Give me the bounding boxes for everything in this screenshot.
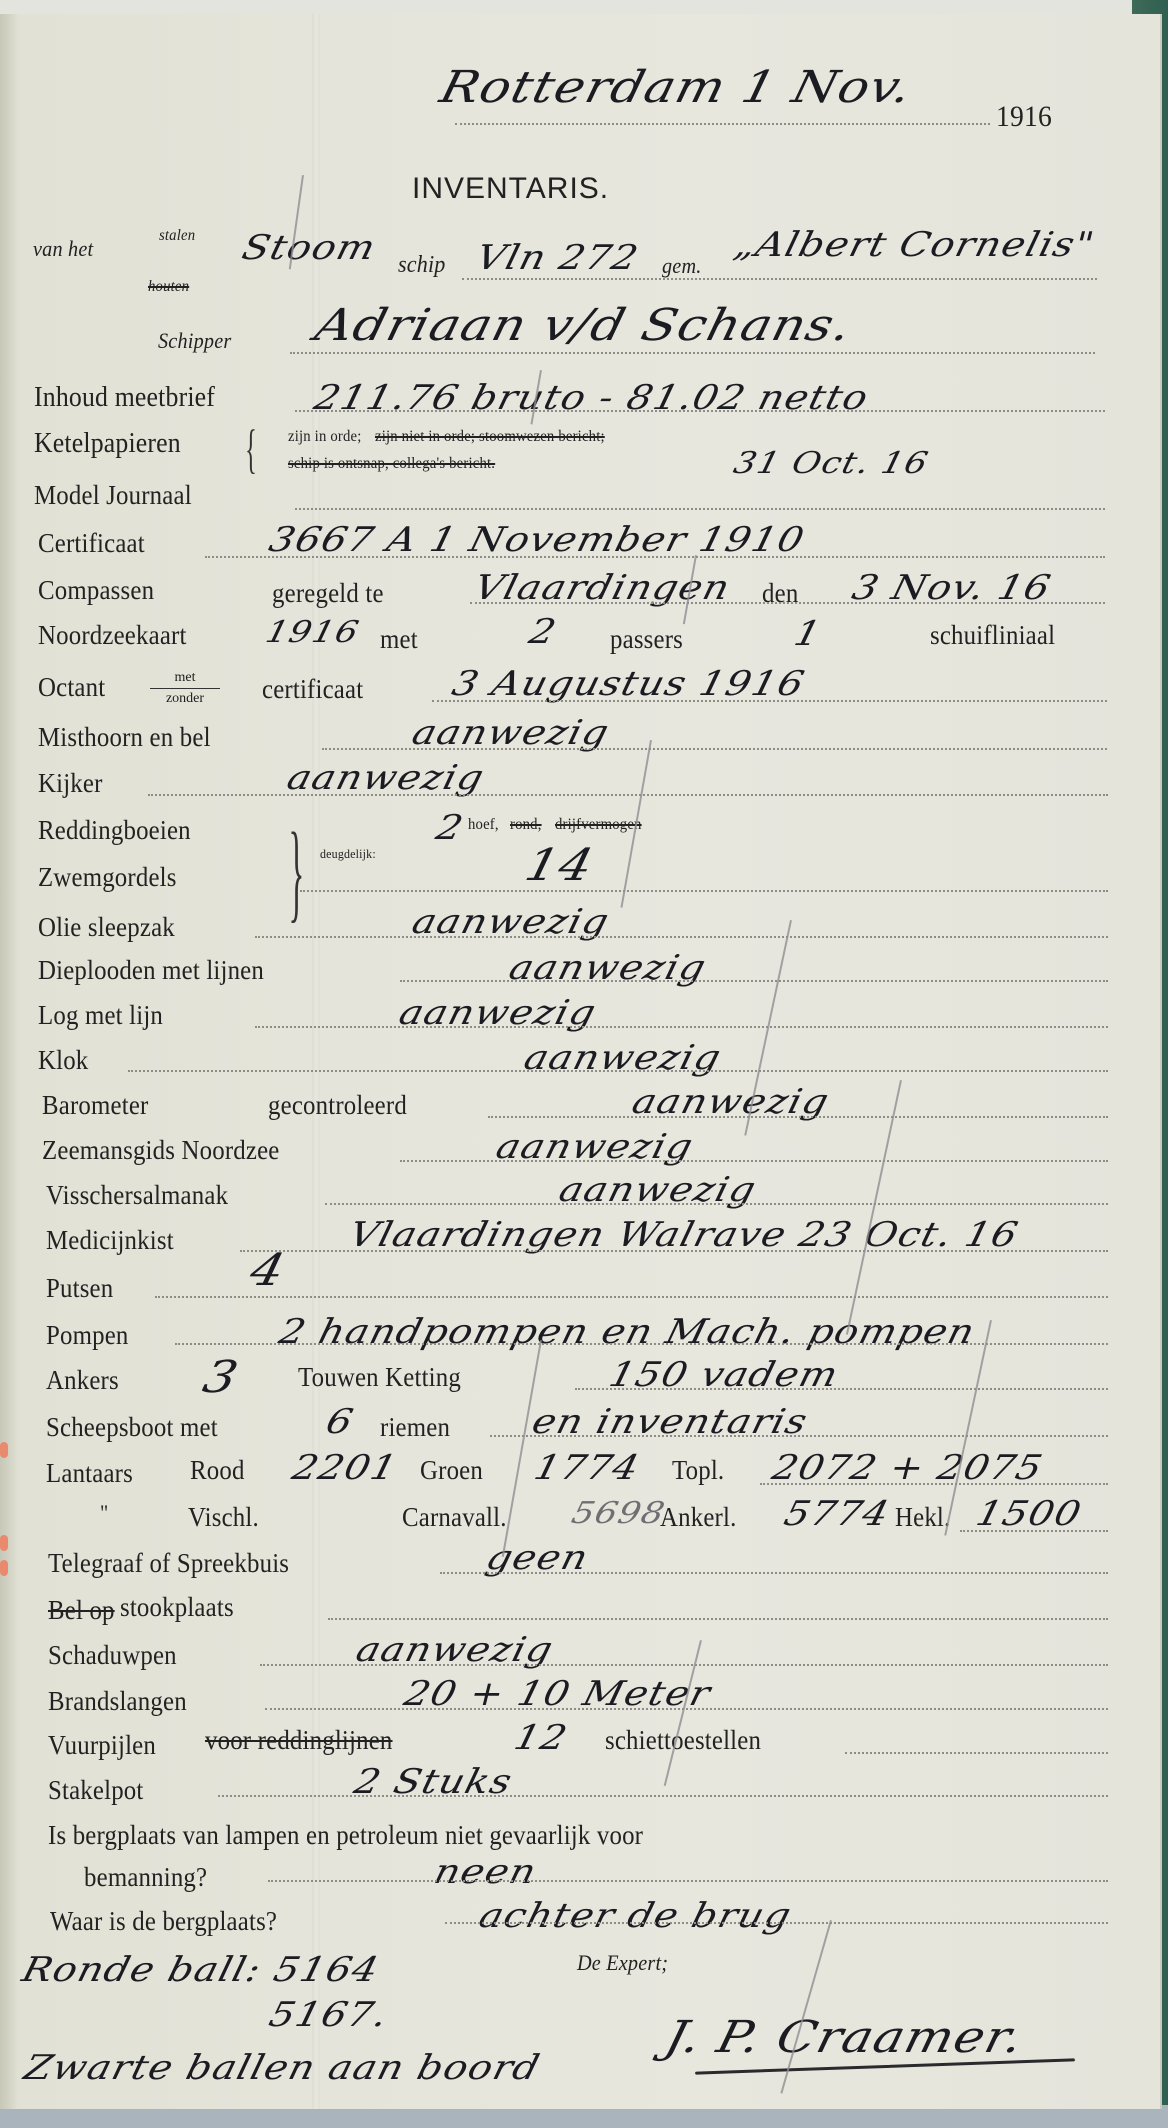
label-olie-sleepzak: Olie sleepzak <box>38 912 175 943</box>
label-schip: schip <box>398 252 446 279</box>
value-deugdelijk: 14 <box>520 840 599 891</box>
dotted-line <box>575 1388 1108 1390</box>
label-passers: passers <box>610 624 683 655</box>
skipper-name: Adriaan v/d Schans. <box>310 300 857 351</box>
dotted-line <box>322 748 1107 750</box>
label-waar-bergplaats: Waar is de bergplaats? <box>50 1906 277 1937</box>
label-van-het: van het <box>33 236 93 262</box>
value-misthoorn: aanwezig <box>408 713 614 753</box>
label-putsen: Putsen <box>46 1273 113 1304</box>
dotted-line <box>290 352 1095 354</box>
dotted-line <box>325 1203 1108 1205</box>
label-bergplaats-gevaarlijk: Is bergplaats van lampen en petroleum ni… <box>48 1820 643 1851</box>
option-niet-in-orde: zijn niet in orde; stoomwezen bericht; <box>375 428 605 446</box>
label-klok: Klok <box>38 1045 88 1076</box>
value-dieplooden: aanwezig <box>505 948 711 988</box>
year: 1916 <box>996 100 1052 134</box>
label-scheepsboot: Scheepsboot met <box>46 1412 218 1443</box>
dotted-line <box>760 1483 1108 1485</box>
label-zwemgordels: Zwemgordels <box>38 862 177 893</box>
red-mark <box>0 1535 8 1551</box>
label-schipper: Schipper <box>158 328 231 354</box>
label-bemanning: bemanning? <box>84 1862 207 1893</box>
value-pompen: 2 handpompen en Mach. pompen <box>275 1312 979 1352</box>
label-medicijnkist: Medicijnkist <box>46 1225 174 1256</box>
label-topl: Topl. <box>672 1455 724 1486</box>
label-schuifliniaal: schuifliniaal <box>930 620 1055 651</box>
ship-type: Stoom <box>238 228 380 268</box>
dotted-line <box>400 980 1108 982</box>
dotted-line <box>400 1160 1108 1162</box>
label-octant: Octant <box>38 672 105 703</box>
label-groen: Groen <box>420 1455 483 1486</box>
note-ronde-ballen: Ronde ball: 5164 <box>18 1950 383 1990</box>
label-schaduwpen: Schaduwpen <box>48 1640 177 1671</box>
dotted-line <box>490 1435 1108 1437</box>
dotted-line <box>440 1572 1108 1574</box>
ditto-mark: " <box>100 1500 108 1526</box>
dotted-line <box>128 1070 1108 1072</box>
label-misthoorn: Misthoorn en bel <box>38 722 211 753</box>
label-model-journaal: Model Journaal <box>34 480 192 511</box>
label-inhoud: Inhoud meetbrief <box>34 382 215 414</box>
label-gecontroleerd: gecontroleerd <box>268 1090 407 1121</box>
value-noordzeekaart-year: 1916 <box>262 615 363 650</box>
option-rond: rond, <box>510 816 542 834</box>
dotted-line <box>255 1026 1108 1028</box>
option-hoef: hoef, <box>468 816 499 834</box>
label-brandslangen: Brandslangen <box>48 1686 187 1717</box>
ship-name: „Albert Cornelis" <box>730 225 1099 265</box>
label-deugdelijk: deugdelijk: <box>320 846 376 862</box>
value-klok: aanwezig <box>520 1038 726 1078</box>
dotted-line <box>218 1795 1108 1797</box>
label-rood: Rood <box>190 1455 245 1486</box>
dotted-line <box>240 1250 1108 1252</box>
label-certificaat: Certificaat <box>38 528 145 559</box>
red-mark <box>0 1442 8 1458</box>
value-vuurpijlen: 12 <box>510 1718 572 1758</box>
dotted-line <box>462 278 1097 280</box>
dotted-line <box>295 508 1105 510</box>
label-met: met <box>380 624 418 655</box>
dotted-line <box>265 1708 1108 1710</box>
label-stookplaats: stookplaats <box>120 1592 234 1623</box>
value-hekl: 1500 <box>972 1494 1086 1534</box>
label-pompen: Pompen <box>46 1320 129 1351</box>
value-waar-bergplaats: achter de brug <box>475 1896 796 1936</box>
dotted-line <box>328 1618 1108 1620</box>
note-ballen-number: 5167. <box>265 1995 392 2035</box>
option-drijfvermogen: drijfvermogen <box>555 816 642 834</box>
option-stalen: stalen <box>159 227 195 245</box>
value-bemanning: neen <box>430 1852 541 1892</box>
label-noordzeekaart: Noordzeekaart <box>38 620 187 651</box>
paper-edge-shadow <box>0 14 18 2109</box>
label-zeemansgids: Zeemansgids Noordzee <box>42 1135 280 1166</box>
dotted-line <box>295 410 1105 412</box>
label-stakelpot: Stakelpot <box>48 1775 143 1806</box>
expert-signature: J. P. Craamer. <box>660 2012 1029 2063</box>
value-carnavall: 5698 <box>568 1496 669 1531</box>
label-telegraaf: Telegraaf of Spreekbuis <box>48 1548 289 1579</box>
label-visschersalmanak: Visschersalmanak <box>46 1180 228 1211</box>
dotted-line <box>148 794 1108 796</box>
label-compassen: Compassen <box>38 575 154 606</box>
octant-met-zonder: met zonder <box>150 668 220 709</box>
dotted-line <box>432 700 1107 702</box>
label-reddinglijnen: voor reddinglijnen <box>205 1725 393 1756</box>
dotted-line <box>470 602 1105 604</box>
label-barometer: Barometer <box>42 1090 148 1121</box>
red-mark <box>0 1560 8 1576</box>
dotted-line <box>845 1752 1108 1754</box>
option-ontsnapt: schip is ontsnap, collega's bericht. <box>288 455 495 473</box>
option-in-orde: zijn in orde; <box>288 428 362 446</box>
label-geregeld-te: geregeld te <box>272 578 384 609</box>
label-bel-op: Bel op <box>48 1595 115 1626</box>
value-ankerl: 5774 <box>780 1494 894 1534</box>
value-inhoud: 211.76 bruto - 81.02 netto <box>310 378 873 418</box>
label-den: den <box>762 578 798 609</box>
label-vischl: Vischl. <box>188 1502 259 1533</box>
value-rood: 2201 <box>288 1448 402 1488</box>
value-kijker: aanwezig <box>283 758 489 798</box>
value-topl: 2072 + 2075 <box>768 1448 1047 1488</box>
label-schiettoestellen: schiettoestellen <box>605 1725 761 1756</box>
value-ketelpapieren: 31 Oct. 16 <box>730 446 932 481</box>
label-lantaars: Lantaars <box>46 1458 133 1489</box>
label-kijker: Kijker <box>38 768 103 799</box>
dotted-line <box>260 1664 1108 1666</box>
brace: { <box>245 418 257 480</box>
label-touwen-ketting: Touwen Ketting <box>298 1362 461 1393</box>
value-octant: 3 Augustus 1916 <box>448 664 809 704</box>
ship-number: Vln 272 <box>472 238 643 278</box>
label-log-met-lijn: Log met lijn <box>38 1000 163 1031</box>
value-medicijnkist: Vlaardingen Walrave 23 Oct. 16 <box>345 1215 1023 1255</box>
option-houten: houten <box>148 278 189 296</box>
place-date: Rotterdam 1 Nov. <box>435 62 918 113</box>
dotted-line <box>455 123 990 125</box>
page-title: INVENTARIS. <box>412 172 609 206</box>
dotted-line <box>488 1116 1108 1118</box>
brace: } <box>288 808 304 935</box>
label-riemen: riemen <box>380 1412 450 1443</box>
label-carnavall: Carnavall. <box>402 1502 507 1533</box>
frac-bottom: zonder <box>150 688 220 709</box>
dotted-line <box>155 1296 1108 1298</box>
label-ankers: Ankers <box>46 1365 119 1396</box>
dotted-line <box>960 1530 1108 1532</box>
label-gem: gem. <box>662 253 702 279</box>
dotted-line <box>205 556 1105 558</box>
note-zwarte-ballen: Zwarte ballen aan boord <box>20 2048 544 2088</box>
dotted-line <box>175 1343 1108 1345</box>
label-ketelpapieren: Ketelpapieren <box>34 428 181 460</box>
dotted-line <box>300 890 1108 892</box>
label-reddingboeien: Reddingboeien <box>38 815 191 846</box>
dotted-line <box>445 1922 1108 1924</box>
dotted-line <box>255 936 1108 938</box>
label-expert: De Expert; <box>577 1950 668 1976</box>
label-hekl: Hekl. <box>895 1502 950 1533</box>
label-certificaat-octant: certificaat <box>262 674 363 705</box>
frac-top: met <box>150 668 220 688</box>
value-groen: 1774 <box>530 1448 644 1488</box>
label-ankerl: Ankerl. <box>660 1502 736 1533</box>
dotted-line <box>268 1880 1108 1882</box>
label-dieplooden: Dieplooden met lijnen <box>38 955 264 986</box>
label-vuurpijlen: Vuurpijlen <box>48 1730 156 1761</box>
value-certificaat: 3667 A 1 November 1910 <box>265 520 809 560</box>
